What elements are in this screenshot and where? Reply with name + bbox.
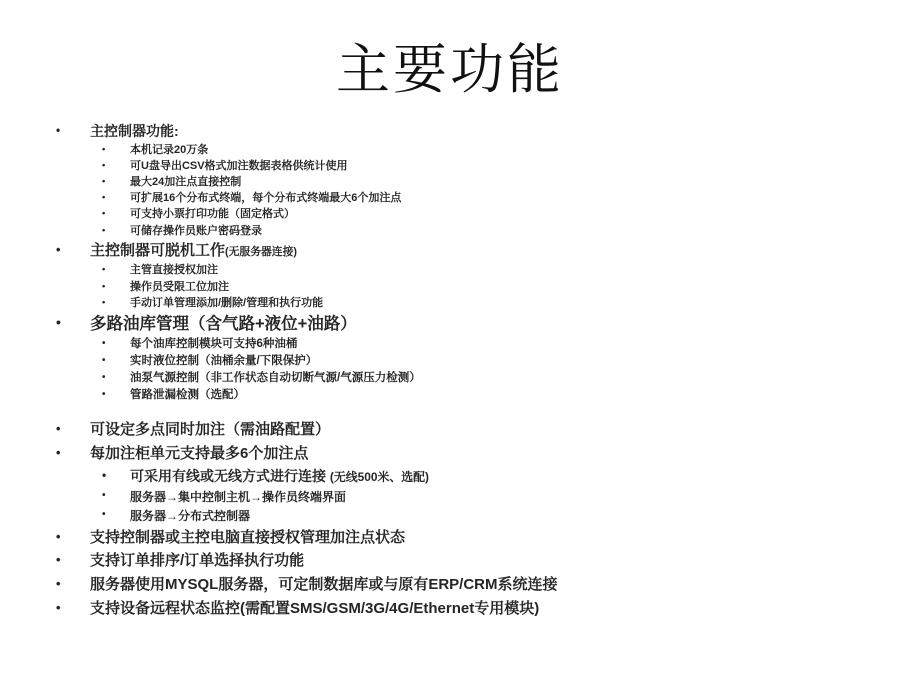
bullet-icon: • — [102, 160, 130, 171]
list-item: •可采用有线或无线方式进行连接 (无线500米、选配) — [56, 468, 870, 486]
bullet-icon: • — [102, 208, 130, 219]
list-item-text: 管路泄漏检测（选配） — [130, 389, 870, 402]
list-item: •支持设备远程状态监控(需配置SMS/GSM/3G/4G/Ethernet专用模… — [56, 600, 870, 619]
list-item-text: 主控制器可脱机工作(无服务器连接) — [90, 242, 870, 261]
slide-title: 主要功能 — [0, 0, 900, 103]
list-item-text: 操作员受限工位加注 — [130, 281, 870, 294]
list-item-text: 可扩展16个分布式终端，每个分布式终端最大6个加注点 — [130, 192, 870, 205]
list-item: •可U盘导出CSV格式加注数据表格供统计使用 — [56, 160, 870, 173]
list-item: •支持控制器或主控电脑直接授权管理加注点状态 — [56, 529, 870, 548]
list-item-text: 可支持小票打印功能（固定格式） — [130, 208, 870, 221]
list-item: •服务器→集中控制主机→操作员终端界面 — [56, 490, 870, 504]
bullet-icon: • — [102, 264, 130, 275]
list-item: •主管直接授权加注 — [56, 264, 870, 277]
bullet-icon: • — [102, 389, 130, 400]
bullet-icon: • — [102, 297, 130, 308]
list-item-text: 支持订单排序/订单选择执行功能 — [90, 552, 870, 571]
bullet-icon: • — [102, 509, 130, 521]
list-item-text: 本机记录20万条 — [130, 144, 870, 157]
list-item-text: 最大24加注点直接控制 — [130, 176, 870, 189]
bullet-icon: • — [56, 529, 90, 545]
bullet-icon: • — [102, 490, 130, 502]
list-item-note: (无线500米、选配) — [330, 470, 429, 484]
list-item: •操作员受限工位加注 — [56, 281, 870, 294]
list-item: •手动订单管理添加/删除/管理和执行功能 — [56, 297, 870, 310]
slide: 主要功能 •主控制器功能:•本机记录20万条•可U盘导出CSV格式加注数据表格供… — [0, 0, 900, 675]
bullet-icon: • — [102, 281, 130, 292]
bullet-icon: • — [102, 225, 130, 236]
list-item-text: 主控制器功能: — [90, 123, 870, 141]
bullet-icon: • — [102, 468, 130, 483]
list-item: •本机记录20万条 — [56, 144, 870, 157]
list-item: •主控制器功能: — [56, 123, 870, 141]
list-item: •油泵气源控制（非工作状态自动切断气源/气源压力检测） — [56, 372, 870, 385]
list-item-text: 服务器→集中控制主机→操作员终端界面 — [130, 490, 870, 504]
list-item: •管路泄漏检测（选配） — [56, 389, 870, 402]
list-item-text: 主管直接授权加注 — [130, 264, 870, 277]
bullet-icon: • — [56, 576, 90, 592]
list-item-text: 服务器→分布式控制器 — [130, 509, 870, 523]
bullet-icon: • — [102, 372, 130, 383]
bullet-icon: • — [56, 445, 90, 461]
list-item-text: 可U盘导出CSV格式加注数据表格供统计使用 — [130, 160, 870, 173]
bullet-icon: • — [56, 242, 90, 258]
list-item-text: 手动订单管理添加/删除/管理和执行功能 — [130, 297, 870, 310]
bullet-icon: • — [56, 600, 90, 616]
bullet-icon: • — [56, 314, 90, 332]
list-item-text: 支持设备远程状态监控(需配置SMS/GSM/3G/4G/Ethernet专用模块… — [90, 600, 870, 619]
list-item-text: 实时液位控制（油桶余量/下限保护） — [130, 355, 870, 368]
list-item: •服务器→分布式控制器 — [56, 509, 870, 523]
list-item-text: 可设定多点同时加注（需油路配置） — [90, 421, 870, 440]
list-item-text: 可采用有线或无线方式进行连接 (无线500米、选配) — [130, 468, 870, 486]
list-item: •多路油库管理（含气路+液位+油路） — [56, 314, 870, 335]
list-item: •支持订单排序/订单选择执行功能 — [56, 552, 870, 571]
list-item: •可设定多点同时加注（需油路配置） — [56, 421, 870, 440]
list-item: •可储存操作员账户密码登录 — [56, 225, 870, 238]
list-item-text: 支持控制器或主控电脑直接授权管理加注点状态 — [90, 529, 870, 548]
list-item: •可扩展16个分布式终端，每个分布式终端最大6个加注点 — [56, 192, 870, 205]
list-item-note: (无服务器连接) — [225, 246, 297, 258]
list-item-text: 每个油库控制模块可支持6种油桶 — [130, 338, 870, 351]
list-item: •每个油库控制模块可支持6种油桶 — [56, 338, 870, 351]
list-item: •实时液位控制（油桶余量/下限保护） — [56, 355, 870, 368]
list-item: •服务器使用MYSQL服务器，可定制数据库或与原有ERP/CRM系统连接 — [56, 576, 870, 595]
bullet-icon: • — [56, 421, 90, 437]
list-item: •每加注柜单元支持最多6个加注点 — [56, 445, 870, 464]
list-item-text: 多路油库管理（含气路+液位+油路） — [90, 314, 870, 335]
bullet-icon: • — [102, 176, 130, 187]
list-item-text: 每加注柜单元支持最多6个加注点 — [90, 445, 870, 464]
list-item: •最大24加注点直接控制 — [56, 176, 870, 189]
list-item-text: 服务器使用MYSQL服务器，可定制数据库或与原有ERP/CRM系统连接 — [90, 576, 870, 595]
bullet-icon: • — [102, 338, 130, 349]
bullet-icon: • — [102, 355, 130, 366]
list-item: •可支持小票打印功能（固定格式） — [56, 208, 870, 221]
bullet-list: •主控制器功能:•本机记录20万条•可U盘导出CSV格式加注数据表格供统计使用•… — [0, 123, 900, 619]
list-item: •主控制器可脱机工作(无服务器连接) — [56, 242, 870, 261]
bullet-icon: • — [102, 192, 130, 203]
bullet-icon: • — [56, 123, 90, 138]
list-item-text: 油泵气源控制（非工作状态自动切断气源/气源压力检测） — [130, 372, 870, 385]
bullet-icon: • — [102, 144, 130, 155]
bullet-icon: • — [56, 552, 90, 568]
list-item-text: 可储存操作员账户密码登录 — [130, 225, 870, 238]
